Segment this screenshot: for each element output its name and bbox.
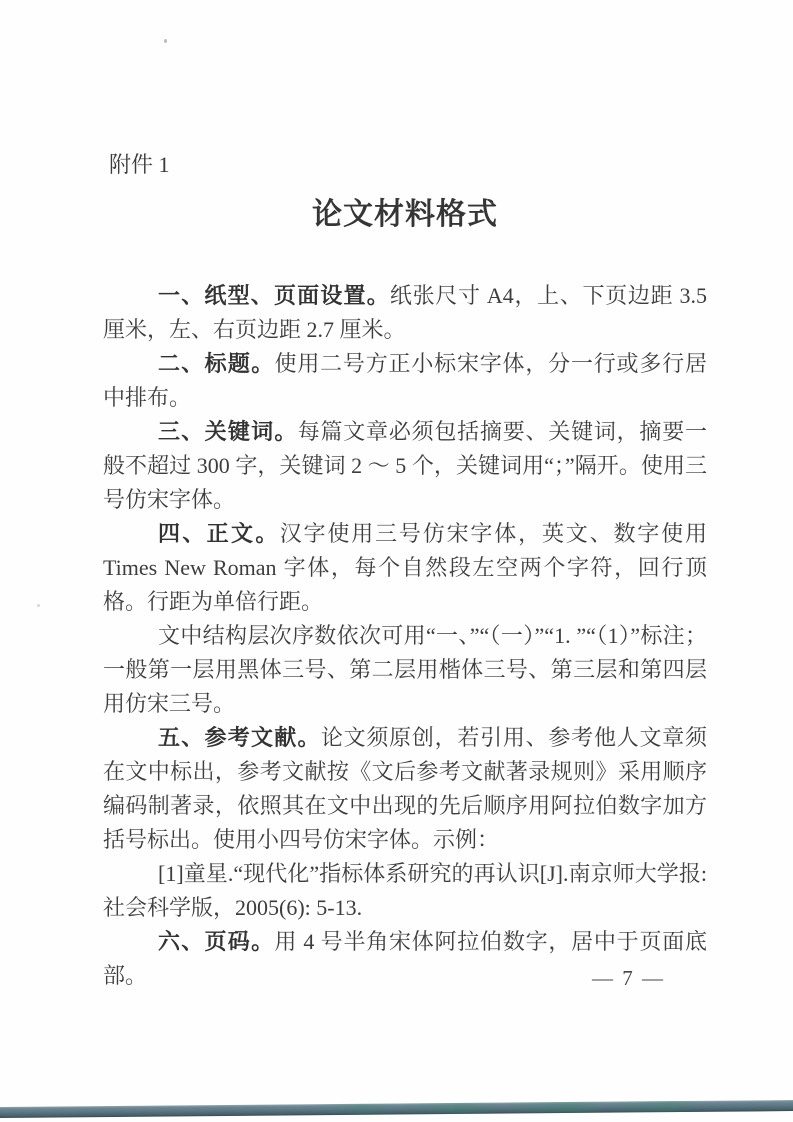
bottom-scan-band — [0, 1100, 793, 1118]
paragraph-text: [1]童星.“现代化”指标体系研究的再认识[J].南京师大学报:社会科学版，20… — [103, 861, 707, 920]
paragraph-heading: 二、标题。使用二号方正小标宋字体，分一行或多行居中排布。 — [103, 347, 707, 415]
paragraph-lead: 二、标题。 — [158, 351, 275, 376]
paragraph-text: 文中结构层次序数依次可用“一、”“（一）”“1. ”“（1）”标注；一般第一层用… — [103, 623, 707, 716]
document-body: 一、纸型、页面设置。纸张尺寸 A4，上、下页边距 3.5 厘米，左、右页边距 2… — [103, 279, 707, 993]
paragraph-paper-setup: 一、纸型、页面设置。纸张尺寸 A4，上、下页边距 3.5 厘米，左、右页边距 2… — [103, 279, 707, 347]
attachment-label: 附件 1 — [109, 148, 707, 179]
paragraph-structure-levels: 文中结构层次序数依次可用“一、”“（一）”“1. ”“（1）”标注；一般第一层用… — [103, 619, 707, 721]
page-number: — 7 — — [592, 966, 665, 991]
paragraph-lead: 一、纸型、页面设置。 — [158, 283, 390, 308]
scanned-document-page: 附件 1 论文材料格式 一、纸型、页面设置。纸张尺寸 A4，上、下页边距 3.5… — [0, 0, 793, 1122]
document-content: 附件 1 论文材料格式 一、纸型、页面设置。纸张尺寸 A4，上、下页边距 3.5… — [103, 148, 707, 993]
scan-speck — [164, 39, 167, 43]
document-title: 论文材料格式 — [103, 189, 707, 233]
scan-speck — [37, 604, 40, 607]
paragraph-lead: 四、正文。 — [158, 521, 280, 546]
paragraph-keywords: 三、关键词。每篇文章必须包括摘要、关键词，摘要一般不超过 300 字，关键词 2… — [103, 415, 707, 517]
paragraph-lead: 五、参考文献。 — [158, 725, 321, 750]
paragraph-references: 五、参考文献。论文须原创，若引用、参考他人文章须在文中标出，参考文献按《文后参考… — [103, 721, 707, 857]
paragraph-body-font: 四、正文。汉字使用三号仿宋字体，英文、数字使用 Times New Roman … — [103, 517, 707, 619]
paragraph-lead: 六、页码。 — [158, 929, 274, 954]
reference-entry: [1]童星.“现代化”指标体系研究的再认识[J].南京师大学报:社会科学版，20… — [103, 857, 707, 925]
paragraph-lead: 三、关键词。 — [158, 419, 298, 444]
